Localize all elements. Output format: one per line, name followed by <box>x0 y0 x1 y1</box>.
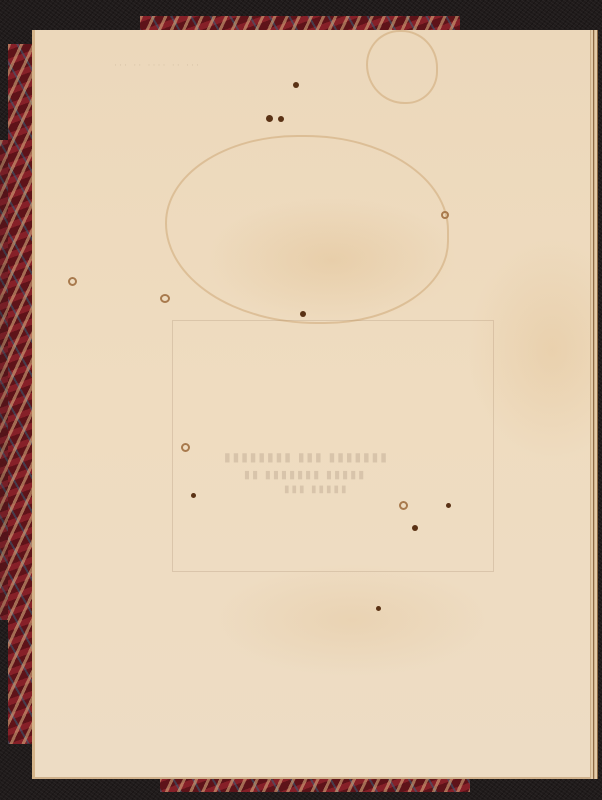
bleed-through-header: ··· ·· ···· ·· ··· <box>112 60 199 70</box>
water-stain-top <box>366 30 438 104</box>
plate-impression-border <box>172 320 494 572</box>
wormhole <box>412 525 418 531</box>
wormhole <box>191 493 196 498</box>
page-block-edge <box>590 30 598 779</box>
wormhole <box>446 503 451 508</box>
wormhole <box>399 501 408 510</box>
wormhole <box>293 82 299 88</box>
marbled-endpaper-left <box>8 44 33 744</box>
wormhole <box>181 443 190 452</box>
wormhole <box>300 311 306 317</box>
wormhole <box>68 277 77 286</box>
wormhole <box>266 115 273 122</box>
wormhole <box>160 294 170 303</box>
wormhole <box>278 116 284 122</box>
wormhole <box>376 606 381 611</box>
wormhole <box>441 211 449 219</box>
